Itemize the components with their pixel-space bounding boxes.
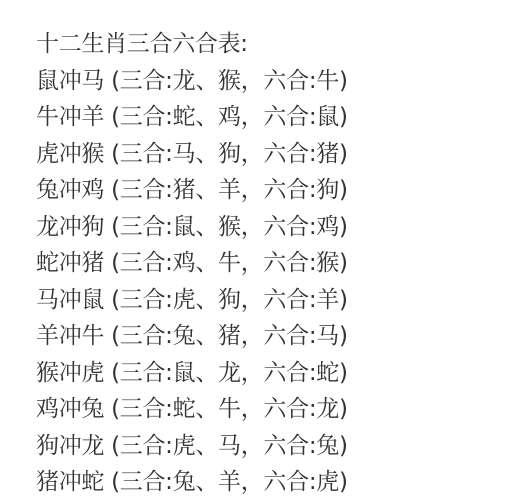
- zodiac-row-snake: 蛇冲猪 (三合:鸡、牛，六合:猴): [36, 245, 348, 282]
- zodiac-row-pig: 猪冲蛇 (三合:兔、羊，六合:虎): [36, 464, 348, 500]
- zodiac-row-rooster: 鸡冲兔 (三合:蛇、牛，六合:龙): [36, 391, 348, 428]
- zodiac-table-document: 十二生肖三合六合表: 鼠冲马 (三合:龙、猴，六合:牛) 牛冲羊 (三合:蛇、鸡…: [36, 26, 348, 500]
- zodiac-row-horse: 马冲鼠 (三合:虎、狗，六合:羊): [36, 282, 348, 319]
- document-title: 十二生肖三合六合表:: [36, 26, 348, 63]
- zodiac-row-tiger: 虎冲猴 (三合:马、狗，六合:猪): [36, 136, 348, 173]
- zodiac-row-dog: 狗冲龙 (三合:虎、马，六合:兔): [36, 428, 348, 465]
- zodiac-row-goat: 羊冲牛 (三合:兔、猪，六合:马): [36, 318, 348, 355]
- zodiac-row-dragon: 龙冲狗 (三合:鼠、猴，六合:鸡): [36, 209, 348, 246]
- zodiac-row-rabbit: 兔冲鸡 (三合:猪、羊，六合:狗): [36, 172, 348, 209]
- zodiac-row-ox: 牛冲羊 (三合:蛇、鸡，六合:鼠): [36, 99, 348, 136]
- zodiac-row-monkey: 猴冲虎 (三合:鼠、龙，六合:蛇): [36, 355, 348, 392]
- zodiac-row-rat: 鼠冲马 (三合:龙、猴，六合:牛): [36, 63, 348, 100]
